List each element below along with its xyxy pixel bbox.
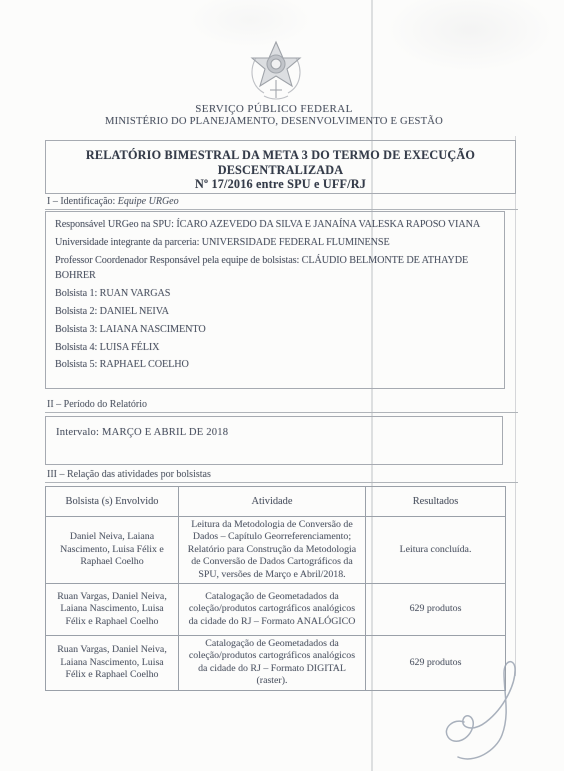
table-row: Ruan Vargas, Daniel Neiva, Laiana Nascim…: [46, 584, 506, 636]
report-title-line2: DESCENTRALIZADA: [46, 163, 515, 178]
row2-bolsistas-cell: Ruan Vargas, Daniel Neiva, Laiana Nascim…: [46, 584, 179, 636]
bolsista-4-line: Bolsista 4: LUISA FÉLIX: [55, 341, 496, 356]
bolsista-3-line: Bolsista 3: LAIANA NASCIMENTO: [55, 323, 496, 338]
identification-box: Responsável URGeo na SPU: ÍCARO AZEVEDO …: [45, 211, 505, 389]
interval-text: Intervalo: MARÇO E ABRIL DE 2018: [56, 427, 502, 438]
section-1-label: I – Identificação: Equipe URGeo: [45, 196, 518, 210]
row1-bolsistas-cell: Daniel Neiva, Laiana Nascimento, Luisa F…: [46, 517, 179, 584]
row2-atividade-cell: Catalogação de Geometadados da coleção/p…: [179, 584, 366, 636]
section-1-label-prefix: I – Identificação:: [47, 196, 118, 207]
org-name-line2: MINISTÉRIO DO PLANEJAMENTO, DESENVOLVIME…: [0, 116, 548, 127]
report-title-line1: RELATÓRIO BIMESTRAL DA META 3 DO TERMO D…: [46, 148, 515, 163]
column-header-bolsistas: Bolsista (s) Envolvido: [46, 487, 179, 517]
row2-resultados-cell: 629 produtos: [366, 584, 506, 636]
scanned-document-page: SERVIÇO PÚBLICO FEDERAL MINISTÉRIO DO PL…: [0, 0, 564, 771]
universidade-line: Universidade integrante da parceria: UNI…: [55, 236, 496, 251]
report-title-line3: Nº 17/2016 entre SPU e UFF/RJ: [46, 177, 515, 192]
section-2-label: II – Período do Relatório: [45, 399, 518, 413]
table-row: Daniel Neiva, Laiana Nascimento, Luisa F…: [46, 517, 506, 584]
handwritten-signature-initials: [428, 656, 546, 768]
report-title-box: RELATÓRIO BIMESTRAL DA META 3 DO TERMO D…: [45, 140, 516, 194]
row3-atividade-cell: Catalogação de Geometadados da coleção/p…: [179, 636, 366, 691]
bolsista-2-line: Bolsista 2: DANIEL NEIVA: [55, 305, 496, 320]
professor-coordenador-line: Professor Coordenador Responsável pela e…: [55, 254, 496, 283]
column-header-resultados: Resultados: [366, 487, 506, 517]
activities-table-header-row: Bolsista (s) Envolvido Atividade Resulta…: [46, 487, 506, 517]
org-name-line1: SERVIÇO PÚBLICO FEDERAL: [0, 103, 548, 115]
section-3-label: III – Relação das atividades por bolsist…: [45, 469, 518, 483]
section-1-label-team: Equipe URGeo: [118, 196, 179, 207]
bolsista-1-line: Bolsista 1: RUAN VARGAS: [55, 287, 496, 302]
column-header-atividade: Atividade: [179, 487, 366, 517]
report-period-box: Intervalo: MARÇO E ABRIL DE 2018: [45, 416, 503, 465]
row1-atividade-cell: Leitura da Metodologia de Conversão de D…: [179, 517, 366, 584]
responsavel-spu-line: Responsável URGeo na SPU: ÍCARO AZEVEDO …: [55, 218, 496, 233]
bolsista-5-line: Bolsista 5: RAPHAEL COELHO: [55, 358, 496, 373]
brazil-coat-of-arms-icon: [244, 40, 308, 104]
row3-bolsistas-cell: Ruan Vargas, Daniel Neiva, Laiana Nascim…: [46, 636, 179, 691]
row1-resultados-cell: Leitura concluída.: [366, 517, 506, 584]
